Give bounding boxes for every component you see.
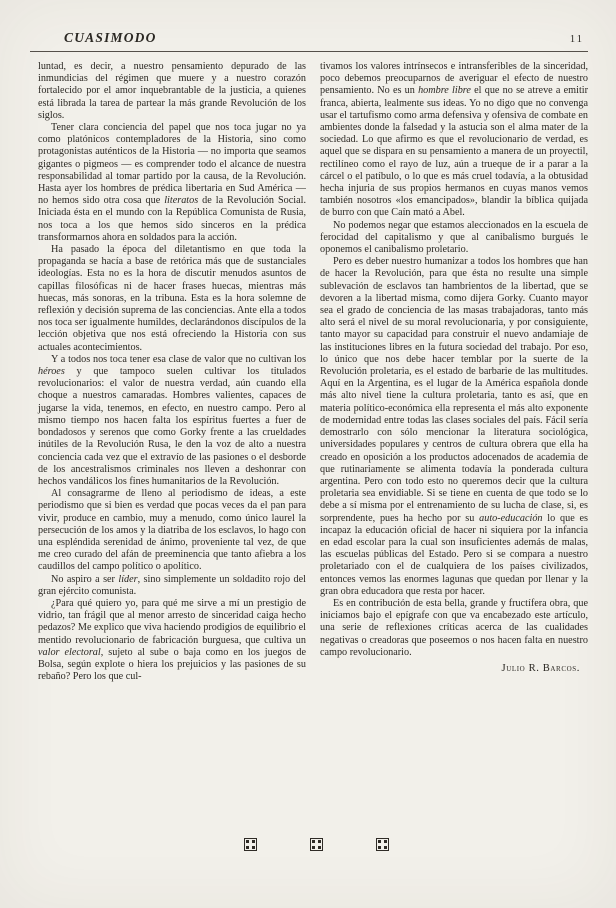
printer-ornament-icon: [244, 838, 257, 851]
paragraph: tivamos los valores intrínsecos e intran…: [320, 61, 588, 220]
paragraph: ¿Para qué quiero yo, para qué me sirve a…: [38, 598, 306, 683]
paragraph: No aspiro a ser líder, sino simplemente …: [38, 574, 306, 598]
journal-title: CUASIMODO: [64, 30, 157, 46]
page-header: CUASIMODO 11: [0, 0, 616, 46]
paragraph: Ha pasado la época del diletantismo en q…: [38, 244, 306, 354]
scanned-magazine-page: CUASIMODO 11 luntad, es decir, a nuestro…: [0, 0, 616, 908]
paragraph: Y a todos nos toca tener esa clase de va…: [38, 354, 306, 488]
printer-ornament-icon: [376, 838, 389, 851]
right-column-text: tivamos los valores intrínsecos e intran…: [320, 61, 588, 659]
paragraph: Pero es deber nuestro humanizar a todos …: [320, 256, 588, 598]
right-column: tivamos los valores intrínsecos e intran…: [320, 61, 588, 683]
paragraph: Tener clara conciencia del papel que nos…: [38, 122, 306, 244]
page-number: 11: [570, 34, 584, 45]
paragraph: Al consagrarme de lleno al periodismo de…: [38, 488, 306, 573]
footer-ornaments: [244, 838, 389, 851]
article-body: luntad, es decir, a nuestro pensamiento …: [0, 52, 616, 683]
left-column: luntad, es decir, a nuestro pensamiento …: [38, 61, 306, 683]
paragraph: luntad, es decir, a nuestro pensamiento …: [38, 61, 306, 122]
author-signature: Julio R. Barcos.: [320, 663, 588, 675]
paragraph: No podemos negar que estamos aleccionado…: [320, 220, 588, 257]
printer-ornament-icon: [310, 838, 323, 851]
paragraph: Es en contribución de esta bella, grande…: [320, 598, 588, 659]
